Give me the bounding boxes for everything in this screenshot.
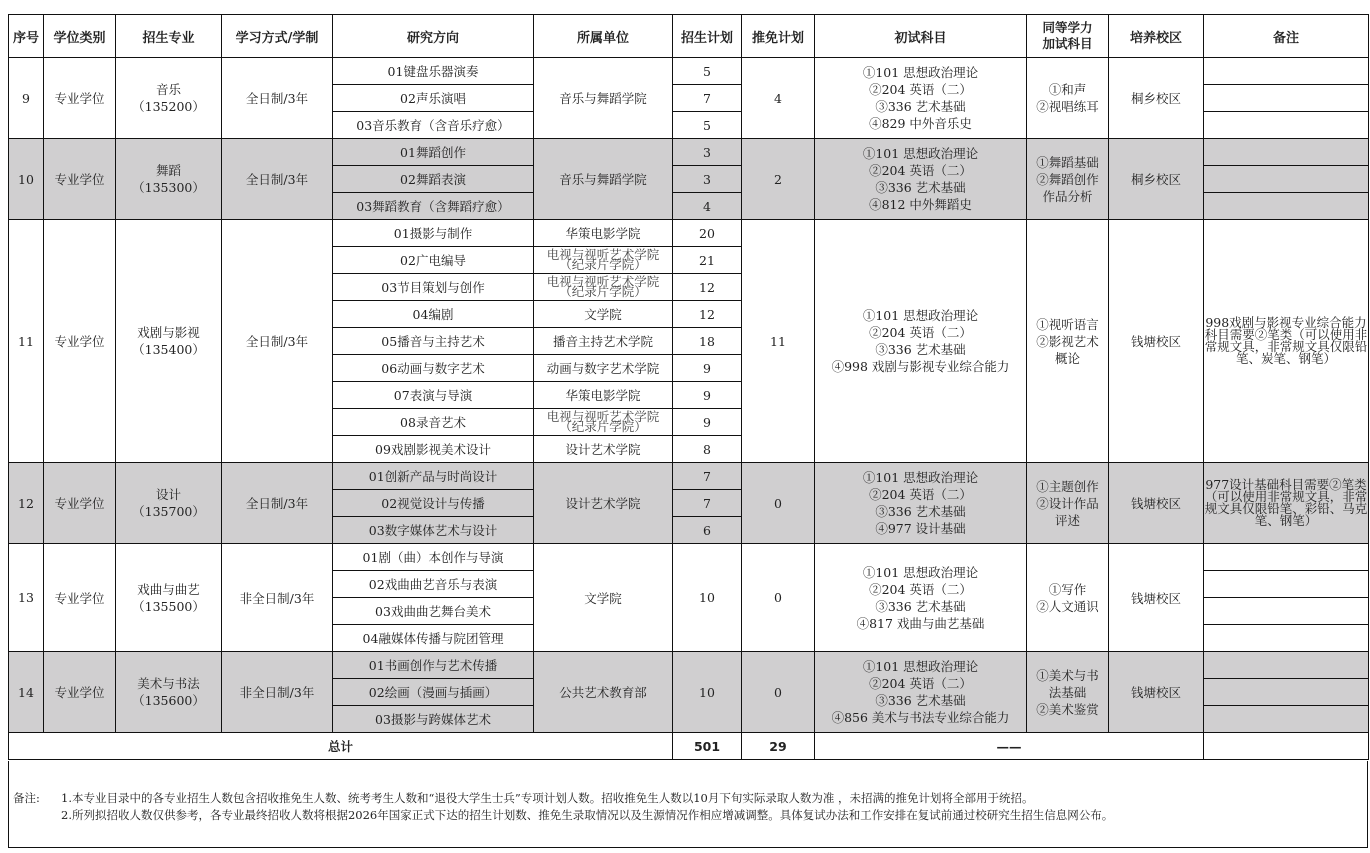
subject-line: ④817 戏曲与曲艺基础 <box>857 616 985 631</box>
subject-line: ③336 艺术基础 <box>875 180 965 195</box>
subject-line: ①101 思想政治理论 <box>863 65 978 80</box>
exempt-cell: 2 <box>742 139 815 220</box>
study-mode-cell: 全日制/3年 <box>222 58 333 139</box>
plan-cell: 12 <box>673 301 742 328</box>
plan-cell: 9 <box>673 409 742 436</box>
direction-cell: 03戏曲曲艺舞台美术 <box>333 598 534 625</box>
seq-cell: 9 <box>9 58 44 139</box>
table-row: 12 专业学位 设计（135700） 全日制/3年 01创新产品与时尚设计 设计… <box>9 463 1369 490</box>
total-row: 总计 501 29 —— <box>9 733 1369 760</box>
equiv-line: ②视唱练耳 <box>1036 99 1099 114</box>
seq-cell: 13 <box>9 544 44 652</box>
table-row: 13 专业学位 戏曲与曲艺（135500） 非全日制/3年 01剧（曲）本创作与… <box>9 544 1369 571</box>
plan-cell: 5 <box>673 112 742 139</box>
direction-cell: 04编剧 <box>333 301 534 328</box>
major-name: 美术与书法 <box>137 676 200 691</box>
subject-line: ②204 英语（二） <box>869 82 972 97</box>
major-code: （135200） <box>132 99 205 114</box>
total-plan: 501 <box>673 733 742 760</box>
table-row: 11 专业学位 戏剧与影视（135400） 全日制/3年 01摄影与制作 华策电… <box>9 220 1369 247</box>
note-cell <box>1204 85 1369 112</box>
direction-cell: 02广电编导 <box>333 247 534 274</box>
direction-cell: 07表演与导演 <box>333 382 534 409</box>
note-cell <box>1204 58 1369 85</box>
subject-line: ③336 艺术基础 <box>875 693 965 708</box>
major-cell: 音乐（135200） <box>116 58 222 139</box>
unit-cell: 电视与视听艺术学院（纪录片学院） <box>534 247 673 274</box>
major-code: （135500） <box>132 599 205 614</box>
plan-cell: 18 <box>673 328 742 355</box>
direction-cell: 04融媒体传播与院团管理 <box>333 625 534 652</box>
campus-cell: 钱塘校区 <box>1109 544 1204 652</box>
unit-cell: 动画与数字艺术学院 <box>534 355 673 382</box>
plan-cell: 7 <box>673 463 742 490</box>
direction-cell: 02舞蹈表演 <box>333 166 534 193</box>
header-major: 招生专业 <box>116 15 222 58</box>
direction-cell: 02戏曲曲艺音乐与表演 <box>333 571 534 598</box>
note-cell <box>1204 571 1369 598</box>
enrollment-table: 序号 学位类别 招生专业 学习方式/学制 研究方向 所属单位 招生计划 推免计划… <box>8 14 1369 760</box>
table-row: 10 专业学位 舞蹈（135300） 全日制/3年 01舞蹈创作 音乐与舞蹈学院… <box>9 139 1369 166</box>
campus-cell: 钱塘校区 <box>1109 652 1204 733</box>
total-note <box>1204 733 1369 760</box>
plan-cell: 7 <box>673 85 742 112</box>
plan-cell: 9 <box>673 355 742 382</box>
unit-cell: 播音主持艺术学院 <box>534 328 673 355</box>
subject-line: ①101 思想政治理论 <box>863 470 978 485</box>
equiv-line: 概论 <box>1055 351 1080 366</box>
study-mode-cell: 非全日制/3年 <box>222 652 333 733</box>
plan-cell: 5 <box>673 58 742 85</box>
exempt-cell: 0 <box>742 463 815 544</box>
degree-type-cell: 专业学位 <box>44 652 116 733</box>
equiv-line: ②舞蹈创作 <box>1036 172 1099 187</box>
equiv-line: ②影视艺术 <box>1036 334 1099 349</box>
header-study-mode: 学习方式/学制 <box>222 15 333 58</box>
header-direction: 研究方向 <box>333 15 534 58</box>
unit-cell: 公共艺术教育部 <box>534 652 673 733</box>
direction-cell: 01摄影与制作 <box>333 220 534 247</box>
unit-cell: 音乐与舞蹈学院 <box>534 139 673 220</box>
direction-cell: 08录音艺术 <box>333 409 534 436</box>
degree-type-cell: 专业学位 <box>44 139 116 220</box>
plan-cell: 4 <box>673 193 742 220</box>
unit-line: （纪录片学院） <box>559 284 647 299</box>
subject-line: ②204 英语（二） <box>869 487 972 502</box>
exam-subjects-cell: ①101 思想政治理论 ②204 英语（二） ③336 艺术基础 ④977 设计… <box>815 463 1027 544</box>
note-cell <box>1204 679 1369 706</box>
subject-line: ③336 艺术基础 <box>875 342 965 357</box>
unit-cell: 设计艺术学院 <box>534 436 673 463</box>
exempt-cell: 4 <box>742 58 815 139</box>
plan-cell: 7 <box>673 490 742 517</box>
exam-subjects-cell: ①101 思想政治理论 ②204 英语（二） ③336 艺术基础 ④998 戏剧… <box>815 220 1027 463</box>
direction-cell: 01创新产品与时尚设计 <box>333 463 534 490</box>
table-row: 14 专业学位 美术与书法（135600） 非全日制/3年 01书画创作与艺术传… <box>9 652 1369 679</box>
degree-type-cell: 专业学位 <box>44 220 116 463</box>
header-unit: 所属单位 <box>534 15 673 58</box>
study-mode-cell: 全日制/3年 <box>222 463 333 544</box>
direction-cell: 03音乐教育（含音乐疗愈） <box>333 112 534 139</box>
header-plan: 招生计划 <box>673 15 742 58</box>
study-mode-cell: 全日制/3年 <box>222 139 333 220</box>
equiv-line: ①视听语言 <box>1036 317 1099 332</box>
remarks-section: 备注:1.本专业目录中的各专业招生人数包含招收推免生人数、统考考生人数和“退役大… <box>8 761 1368 848</box>
unit-cell: 华策电影学院 <box>534 220 673 247</box>
unit-cell: 文学院 <box>534 301 673 328</box>
header-row: 序号 学位类别 招生专业 学习方式/学制 研究方向 所属单位 招生计划 推免计划… <box>9 15 1369 58</box>
total-dash: —— <box>815 733 1204 760</box>
major-name: 戏曲与曲艺 <box>137 582 200 597</box>
direction-cell: 01键盘乐器演奏 <box>333 58 534 85</box>
plan-cell: 10 <box>673 652 742 733</box>
campus-cell: 钱塘校区 <box>1109 220 1204 463</box>
subject-line: ④998 戏剧与影视专业综合能力 <box>832 359 1010 374</box>
note-cell: 977设计基础科目需要②笔类（可以使用非常规文具，非常规文具仅限铅笔、彩铅、马克… <box>1204 463 1369 544</box>
direction-cell: 02绘画（漫画与插画） <box>333 679 534 706</box>
subject-line: ①101 思想政治理论 <box>863 146 978 161</box>
equiv-line: ②美术鉴赏 <box>1036 702 1099 717</box>
subject-line: ③336 艺术基础 <box>875 504 965 519</box>
direction-cell: 01剧（曲）本创作与导演 <box>333 544 534 571</box>
plan-cell: 9 <box>673 382 742 409</box>
subject-line: ②204 英语（二） <box>869 582 972 597</box>
plan-cell: 3 <box>673 139 742 166</box>
equiv-line: 法基础 <box>1049 685 1087 700</box>
direction-cell: 03节目策划与创作 <box>333 274 534 301</box>
subject-line: ③336 艺术基础 <box>875 599 965 614</box>
table-row: 9 专业学位 音乐（135200） 全日制/3年 01键盘乐器演奏 音乐与舞蹈学… <box>9 58 1369 85</box>
note-cell <box>1204 139 1369 166</box>
major-cell: 戏剧与影视（135400） <box>116 220 222 463</box>
exam-subjects-cell: ①101 思想政治理论 ②204 英语（二） ③336 艺术基础 ④856 美术… <box>815 652 1027 733</box>
seq-cell: 11 <box>9 220 44 463</box>
equiv-line: ②人文通识 <box>1036 599 1099 614</box>
major-name: 设计 <box>156 487 181 502</box>
campus-cell: 桐乡校区 <box>1109 58 1204 139</box>
exempt-cell: 11 <box>742 220 815 463</box>
header-exempt-plan: 推免计划 <box>742 15 815 58</box>
degree-type-cell: 专业学位 <box>44 544 116 652</box>
exempt-cell: 0 <box>742 652 815 733</box>
major-code: （135600） <box>132 693 205 708</box>
total-label: 总计 <box>9 733 673 760</box>
note-cell <box>1204 544 1369 571</box>
seq-cell: 14 <box>9 652 44 733</box>
subject-line: ④812 中外舞蹈史 <box>869 197 972 212</box>
campus-cell: 桐乡校区 <box>1109 139 1204 220</box>
plan-cell: 6 <box>673 517 742 544</box>
study-mode-cell: 全日制/3年 <box>222 220 333 463</box>
equiv-subjects-cell: ①美术与书 法基础 ②美术鉴赏 <box>1027 652 1109 733</box>
major-code: （135300） <box>132 180 205 195</box>
total-exempt: 29 <box>742 733 815 760</box>
note-cell <box>1204 166 1369 193</box>
unit-cell: 华策电影学院 <box>534 382 673 409</box>
header-notes: 备注 <box>1204 15 1369 58</box>
equiv-line: ①主题创作 <box>1036 479 1099 494</box>
equiv-line: ①和声 <box>1049 82 1087 97</box>
note-cell <box>1204 625 1369 652</box>
subject-line: ④829 中外音乐史 <box>869 116 972 131</box>
direction-cell: 02声乐演唱 <box>333 85 534 112</box>
equiv-subjects-cell: ①主题创作 ②设计作品 评述 <box>1027 463 1109 544</box>
plan-cell: 21 <box>673 247 742 274</box>
remark-line-1: 备注:1.本专业目录中的各专业招生人数包含招收推免生人数、统考考生人数和“退役大… <box>13 790 1034 806</box>
direction-cell: 01书画创作与艺术传播 <box>333 652 534 679</box>
unit-cell: 电视与视听艺术学院（纪录片学院） <box>534 409 673 436</box>
subject-line: ②204 英语（二） <box>869 325 972 340</box>
subject-line: ①101 思想政治理论 <box>863 565 978 580</box>
header-equiv-line2: 加试科目 <box>1042 36 1092 51</box>
header-seq: 序号 <box>9 15 44 58</box>
major-name: 舞蹈 <box>156 163 181 178</box>
major-cell: 戏曲与曲艺（135500） <box>116 544 222 652</box>
equiv-line: ②设计作品 <box>1036 496 1099 511</box>
unit-cell: 设计艺术学院 <box>534 463 673 544</box>
header-exam-subjects: 初试科目 <box>815 15 1027 58</box>
subject-line: ④856 美术与书法专业综合能力 <box>832 710 1010 725</box>
equiv-subjects-cell: ①写作 ②人文通识 <box>1027 544 1109 652</box>
plan-cell: 8 <box>673 436 742 463</box>
major-code: （135700） <box>132 504 205 519</box>
subject-line: ②204 英语（二） <box>869 163 972 178</box>
exempt-cell: 0 <box>742 544 815 652</box>
direction-cell: 02视觉设计与传播 <box>333 490 534 517</box>
equiv-line: 评述 <box>1055 513 1080 528</box>
unit-line: （纪录片学院） <box>559 257 647 272</box>
plan-cell: 10 <box>673 544 742 652</box>
note-cell <box>1204 652 1369 679</box>
header-equiv-subjects: 同等学力加试科目 <box>1027 15 1109 58</box>
exam-subjects-cell: ①101 思想政治理论 ②204 英语（二） ③336 艺术基础 ④812 中外… <box>815 139 1027 220</box>
seq-cell: 12 <box>9 463 44 544</box>
unit-cell: 电视与视听艺术学院（纪录片学院） <box>534 274 673 301</box>
plan-cell: 3 <box>673 166 742 193</box>
direction-cell: 06动画与数字艺术 <box>333 355 534 382</box>
exam-subjects-cell: ①101 思想政治理论 ②204 英语（二） ③336 艺术基础 ④817 戏曲… <box>815 544 1027 652</box>
remark-text-2: 2.所列拟招收人数仅供参考，各专业最终招收人数将根据2026年国家正式下达的招生… <box>61 808 1113 822</box>
direction-cell: 09戏剧影视美术设计 <box>333 436 534 463</box>
unit-line: （纪录片学院） <box>559 419 647 434</box>
note-cell <box>1204 706 1369 733</box>
unit-cell: 文学院 <box>534 544 673 652</box>
direction-cell: 03数字媒体艺术与设计 <box>333 517 534 544</box>
study-mode-cell: 非全日制/3年 <box>222 544 333 652</box>
equiv-subjects-cell: ①视听语言 ②影视艺术 概论 <box>1027 220 1109 463</box>
exam-subjects-cell: ①101 思想政治理论 ②204 英语（二） ③336 艺术基础 ④829 中外… <box>815 58 1027 139</box>
direction-cell: 03摄影与跨媒体艺术 <box>333 706 534 733</box>
equiv-line: ①舞蹈基础 <box>1036 155 1099 170</box>
note-cell: 998戏剧与影视专业综合能力科目需要②笔类（可以使用非常规文具，非常规文具仅限铅… <box>1204 220 1369 463</box>
subject-line: ①101 思想政治理论 <box>863 659 978 674</box>
header-campus: 培养校区 <box>1109 15 1204 58</box>
note-cell <box>1204 193 1369 220</box>
equiv-subjects-cell: ①舞蹈基础 ②舞蹈创作 作品分析 <box>1027 139 1109 220</box>
plan-cell: 12 <box>673 274 742 301</box>
remark-text-1: 1.本专业目录中的各专业招生人数包含招收推免生人数、统考考生人数和“退役大学生士… <box>61 791 1034 805</box>
major-code: （135400） <box>132 342 205 357</box>
major-cell: 美术与书法（135600） <box>116 652 222 733</box>
equiv-line: ①写作 <box>1049 582 1087 597</box>
subject-line: ④977 设计基础 <box>875 521 965 536</box>
equiv-line: ①美术与书 <box>1036 668 1099 683</box>
degree-type-cell: 专业学位 <box>44 463 116 544</box>
subject-line: ①101 思想政治理论 <box>863 308 978 323</box>
major-cell: 舞蹈（135300） <box>116 139 222 220</box>
note-cell <box>1204 112 1369 139</box>
header-degree-type: 学位类别 <box>44 15 116 58</box>
major-cell: 设计（135700） <box>116 463 222 544</box>
major-name: 戏剧与影视 <box>137 325 200 340</box>
direction-cell: 05播音与主持艺术 <box>333 328 534 355</box>
direction-cell: 03舞蹈教育（含舞蹈疗愈） <box>333 193 534 220</box>
header-equiv-line1: 同等学力 <box>1042 20 1092 35</box>
subject-line: ③336 艺术基础 <box>875 99 965 114</box>
equiv-subjects-cell: ①和声 ②视唱练耳 <box>1027 58 1109 139</box>
direction-cell: 01舞蹈创作 <box>333 139 534 166</box>
equiv-line: 作品分析 <box>1042 189 1092 204</box>
unit-cell: 音乐与舞蹈学院 <box>534 58 673 139</box>
degree-type-cell: 专业学位 <box>44 58 116 139</box>
campus-cell: 钱塘校区 <box>1109 463 1204 544</box>
plan-cell: 20 <box>673 220 742 247</box>
note-cell <box>1204 598 1369 625</box>
remark-line-2: 2.所列拟招收人数仅供参考，各专业最终招收人数将根据2026年国家正式下达的招生… <box>61 807 1113 823</box>
remarks-label: 备注: <box>13 790 61 806</box>
subject-line: ②204 英语（二） <box>869 676 972 691</box>
seq-cell: 10 <box>9 139 44 220</box>
major-name: 音乐 <box>156 82 181 97</box>
